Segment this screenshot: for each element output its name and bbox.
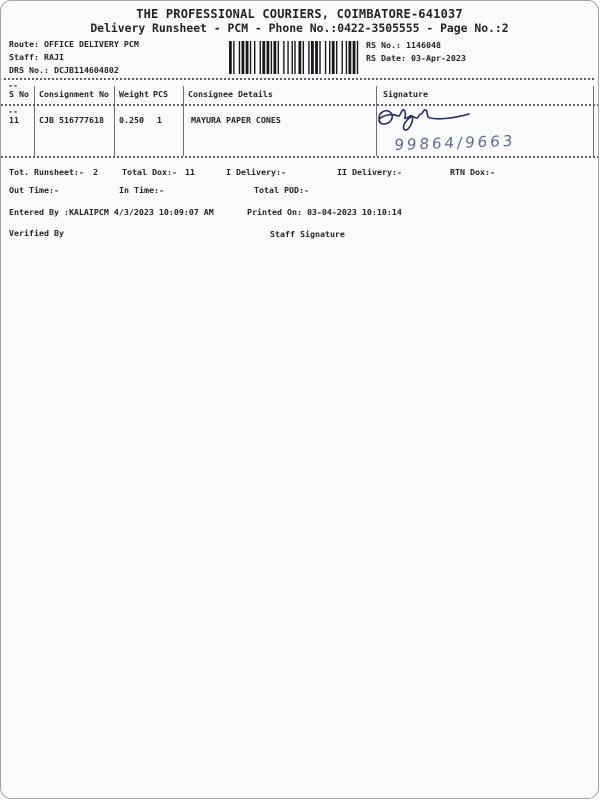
rs-no-field: RS No.: 1146048 [366, 40, 441, 50]
col-header-weight: Weight [119, 89, 149, 99]
table-bottom-dashed-line [1, 156, 598, 158]
ii-delivery-label: II Delivery:- [337, 167, 402, 177]
in-time-label: In Time:- [119, 185, 164, 195]
page-subtitle: Delivery Runsheet - PCM - Phone No.:0422… [1, 21, 598, 35]
cell-s-no: 11 [9, 115, 19, 125]
handwritten-signature [373, 105, 477, 137]
table-column-rule [593, 86, 594, 156]
table-header-dashed-line [1, 104, 598, 106]
cell-consignee: MAYURA PAPER CONES [191, 115, 281, 125]
col-header-pcs: PCS [153, 89, 168, 99]
cell-consignment-no: CJB 516777618 [39, 115, 104, 125]
staff-value: RAJI [44, 52, 64, 62]
drs-no-label: DRS No.: [9, 65, 49, 75]
page-title: THE PROFESSIONAL COURIERS, COIMBATORE-64… [1, 7, 598, 21]
rs-date-value: 03-Apr-2023 [411, 53, 466, 63]
rs-date-field: RS Date: 03-Apr-2023 [366, 53, 466, 63]
staff-signature-label: Staff Signature [270, 229, 345, 239]
tot-runsheet-label: Tot. Runsheet:- [9, 167, 84, 177]
rs-no-value: 1146048 [406, 40, 441, 50]
table-column-rule [183, 86, 184, 156]
route-field: Route: OFFICE DELIVERY PCM [9, 39, 139, 49]
route-label: Route: [9, 39, 39, 49]
rs-date-label: RS Date: [366, 53, 406, 63]
rs-no-label: RS No.: [366, 40, 401, 50]
total-dox-value: 11 [185, 167, 195, 177]
total-dox-label: Total Dox:- [122, 167, 177, 177]
separator-dotted-line [4, 78, 595, 80]
out-time-label: Out Time:- [9, 185, 59, 195]
staff-label: Staff: [9, 52, 39, 62]
rtn-dox-label: RTN Dox:- [450, 167, 495, 177]
staff-field: Staff: RAJI [9, 52, 64, 62]
drs-no-value: DCJB114604802 [54, 65, 119, 75]
drs-no-field: DRS No.: DCJB114604802 [9, 65, 119, 75]
cell-pcs: 1 [157, 115, 162, 125]
runsheet-document: THE PROFESSIONAL COURIERS, COIMBATORE-64… [0, 0, 599, 799]
tot-runsheet-value: 2 [93, 167, 98, 177]
table-column-rule [34, 86, 35, 156]
signature-phone-number: 99864/9663 [394, 132, 516, 154]
col-header-consignee: Consignee Details [188, 89, 273, 99]
printed-on-text: Printed On: 03-04-2023 10:10:14 [247, 207, 402, 217]
col-header-s-no: S No [9, 89, 29, 99]
total-pod-label: Total POD:- [254, 185, 309, 195]
entered-by-text: Entered By :KALAIPCM 4/3/2023 10:09:07 A… [9, 207, 214, 217]
route-value: OFFICE DELIVERY PCM [44, 39, 139, 49]
table-column-rule [114, 86, 115, 156]
barcode-image [229, 41, 361, 74]
col-header-consignment: Consignment No [39, 89, 109, 99]
cell-weight: 0.250 [119, 115, 144, 125]
i-delivery-label: I Delivery:- [226, 167, 286, 177]
col-header-signature: Signature [383, 89, 428, 99]
verified-by-label: Verified By [9, 228, 64, 238]
